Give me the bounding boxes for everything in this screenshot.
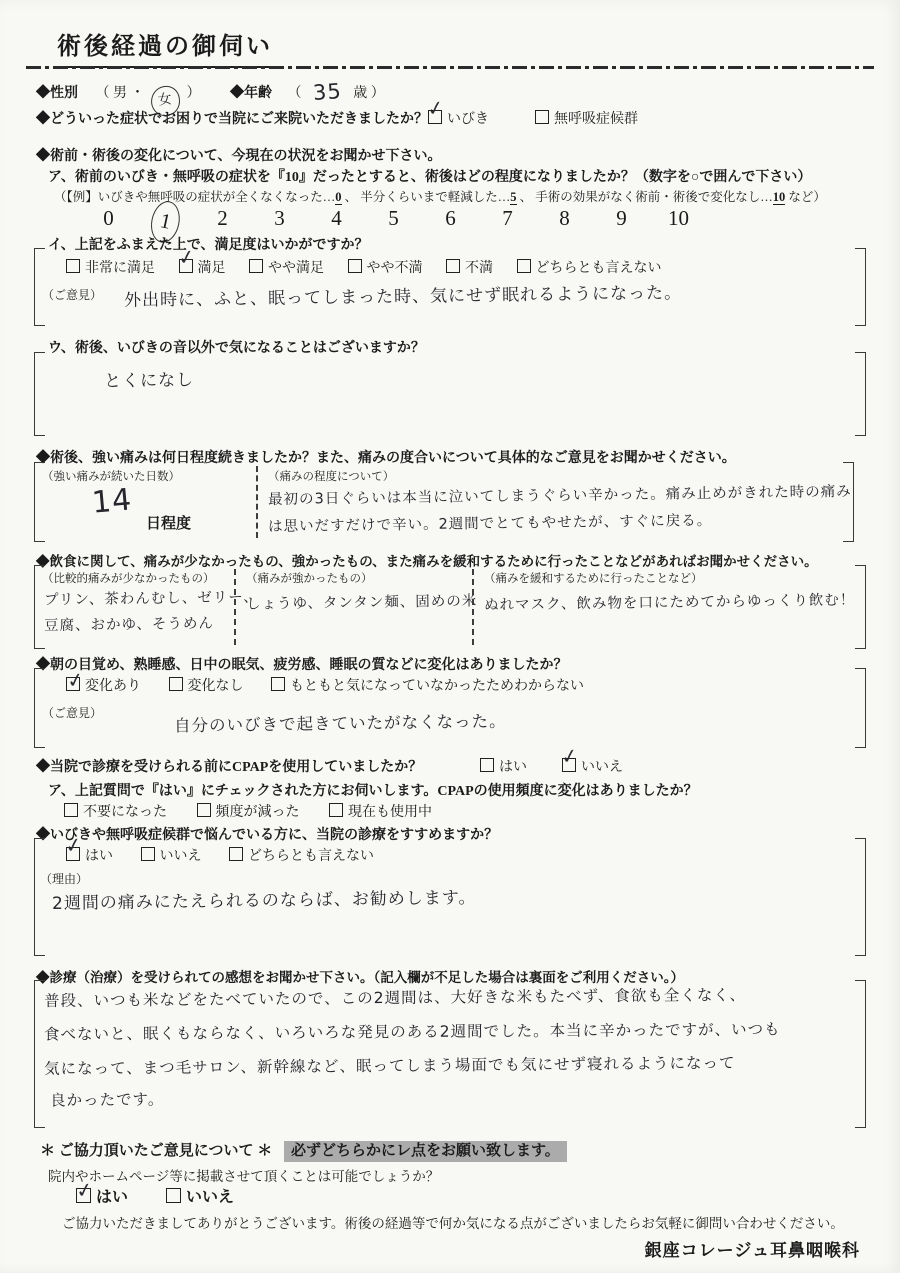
pain-days-handwritten: 14 [91,482,134,520]
symptom-option-mukokyu: 無呼吸症候群 [535,108,638,128]
cpap-sub-opt-1-label: 頻度が減った [216,805,300,820]
footer-star-row: ＊ ご協力頂いたご意見について ＊ 必ずどちらかにレ点をお願い致します。 [40,1139,567,1160]
pain-days-label: （強い痛みが続いた日数） [42,468,180,484]
scanned-questionnaire-page: 術後経過の御伺い ◆性別 （ 男 ・ 女 ） ◆年齢 （ 35 歳 ） ◆どうい… [0,0,900,1273]
cpap-sub-opt-2: 現在も使用中 [329,801,432,821]
sat-opt-5-label: どちらとも言えない [536,261,662,276]
sat-opt-2-label: やや満足 [268,261,324,276]
rec-opt-1: いいえ [141,845,202,865]
publish-opt-iie-label: いいえ [186,1189,234,1206]
pain-divider [256,466,258,538]
checkbox-hindo [197,803,211,817]
food-answer-area: （比較的痛みが少なかったもの） プリン、茶わんむし、ゼリー、 豆腐、おかゆ、そう… [34,565,866,649]
sleep-opt-0-label: 変化あり [85,679,141,694]
symptom-option-ibiki: ✓いびき [428,108,489,128]
scale-10: 10 [650,206,707,231]
checkmark-icon: ✓ [74,1179,94,1202]
sleep-opinion-label: （ご意見） [42,704,102,721]
checkbox-fuman [446,259,460,273]
food-col1-line2-handwritten: 豆腐、おかゆ、そうめん [44,612,214,635]
scale-6: 6 [422,206,479,231]
cpap-opt-hai: はい [480,756,527,776]
cpap-sub-question: ア、上記質問で『はい』にチェックされた方にお伺いします。CPAPの使用頻度に変化… [48,780,698,800]
other-concern-handwritten: とくになし [104,365,194,391]
sat-opt-0: 非常に満足 [66,257,155,277]
age-value-handwritten: 35 [312,79,342,105]
impression-line4-handwritten: 良かったです。 [50,1087,164,1110]
scale-8: 8 [536,206,593,231]
checkbox-rec-hai: ✓ [66,847,80,861]
checkmark-icon: ✓ [65,669,85,692]
rec-opt-1-label: いいえ [160,849,202,864]
pain-answer-area: （強い痛みが続いた日数） 14 日程度 （痛みの程度について） 最初の3日ぐらい… [34,462,854,542]
footer-thanks: ご協力いただきましてありがとうございます。術後の経過等で何か気になる点がございま… [62,1212,844,1232]
cpap-question: ◆当院で診療を受けられる前にCPAPを使用していましたか？ [36,756,422,776]
age-paren-open: （ [288,86,302,101]
publish-options: ✓はい いいえ [76,1184,234,1207]
pain-degree-label: （痛みの程度について） [268,468,394,484]
cpap-sub-opt-0: 不要になった [64,801,167,821]
scale-9: 9 [593,206,650,231]
sat-opt-2: やや満足 [249,257,324,277]
change-sub-a: ア、術前のいびき・無呼吸の症状を『10』だったとすると、術後はどの程度になりまし… [48,166,811,186]
checkbox-ibiki: ✓ [428,110,442,124]
reason-label: （理由） [40,870,88,887]
sleep-opt-0: ✓変化あり [66,675,141,695]
symptom-row: ◆どういった症状でお困りで当院にご来院いただきましたか？ [36,108,428,128]
publish-opt-iie: いいえ [166,1184,234,1207]
sleep-options: ✓変化あり 変化なし もともと気になっていなかったためわからない [66,675,584,695]
food-col1-line1-handwritten: プリン、茶わんむし、ゼリー、 [44,586,259,610]
rec-opt-0: ✓はい [66,845,113,865]
checkmark-icon: ✓ [176,246,196,269]
clinic-name: 銀座コレージュ耳鼻咽喉科 [645,1236,860,1261]
checkbox-cpap-hai [480,758,494,772]
recommend-answer-area: ✓はい いいえ どちらとも言えない （理由） 2週間の痛みにたえられるのならば、… [34,838,866,956]
example-part: など） [785,190,826,204]
impression-answer-area: 普段、いつも米などをたべていたので、この2週間は、大好きな米もたべず、食欲も全く… [34,980,866,1128]
sleep-opt-2: もともと気になっていなかったためわからない [271,675,584,695]
opinion-label: （ご意見） [42,286,102,303]
checkmark-icon: ✓ [63,834,83,857]
rec-opt-0-label: はい [85,849,113,864]
cpap-opt-iie: ✓いいえ [562,756,623,776]
gender-label: ◆性別 [36,86,78,101]
checkbox-fuyo [64,803,78,817]
impression-line1-handwritten: 普段、いつも米などをたべていたので、この2週間は、大好きな米もたべず、食欲も全く… [44,983,746,1011]
rec-opt-2: どちらとも言えない [229,845,374,865]
sat-opt-4: 不満 [446,257,493,277]
satisfaction-options: 非常に満足 ✓満足 やや満足 やや不満 不満 どちらとも言えない [66,257,662,277]
scale-7: 7 [479,206,536,231]
checkbox-yaya-fuman [348,259,362,273]
food-divider-2 [472,569,474,645]
food-divider-1 [234,569,236,645]
sat-opt-3: やや不満 [348,257,423,277]
cpap-opt-iie-label: いいえ [581,760,623,775]
impression-line3-handwritten: 気になって、まつ毛サロン、新幹線など、眠ってしまう場面でも気にせず寝れるようにな… [44,1051,736,1079]
reason-handwritten: 2週間の痛みにたえられるのならば、お勧めします。 [52,883,477,914]
food-col2-label: （痛みが強かったもの） [246,570,373,586]
checkbox-publish-hai: ✓ [76,1188,91,1203]
publish-opt-hai-label: はい [96,1189,128,1206]
checkbox-manzoku: ✓ [179,259,193,273]
checkmark-icon: ✓ [559,745,579,768]
checkmark-icon: ✓ [425,97,445,120]
change-heading: ◆術前・術後の変化について、今現在の状況をお聞かせ下さい。 [36,145,441,165]
checkbox-henka-nashi [169,677,183,691]
sleep-opt-1: 変化なし [169,675,244,695]
food-col1-label: （比較的痛みが少なかったもの） [42,570,215,586]
scale-5: 5 [365,206,422,231]
recommend-options: ✓はい いいえ どちらとも言えない [66,845,374,865]
satisfaction-opinion-handwritten: 外出時に、ふと、眠ってしまった時、気にせず眠れるようになった。 [124,278,682,311]
pain-degree-line2-handwritten: は思いだすだけで辛い。2週間でとてもやせたが、すぐに戻る。 [268,509,712,536]
rec-opt-2-label: どちらとも言えない [248,849,374,864]
scale-3: 3 [251,206,308,231]
form-title: 術後経過の御伺い [55,26,283,68]
cpap-sub-opt-1: 頻度が減った [197,801,300,821]
footer-star-prefix: ＊ ご協力頂いたご意見について ＊ [40,1143,272,1159]
age-label: ◆年齢 [230,86,272,101]
checkbox-mukokyu [535,110,549,124]
other-concern-answer-area: とくになし [34,352,866,436]
sleep-answer-area: ✓変化あり 変化なし もともと気になっていなかったためわからない （ご意見） 自… [34,668,866,748]
impression-line2-handwritten: 食べないと、眠くもならなく、いろいろな発見のある2週間でした。本当に辛かったです… [44,1017,781,1044]
checkbox-henka-ari: ✓ [66,677,80,691]
satisfaction-answer-area: 非常に満足 ✓満足 やや満足 やや不満 不満 どちらとも言えない （ご意見） 外… [34,248,866,326]
food-col3-handwritten: ぬれマスク、飲み物を口にためてからゆっくり飲む！ [484,588,856,614]
symptom-option-ibiki-label: いびき [447,112,489,127]
sleep-opinion-handwritten: 自分のいびきで起きていたがなくなった。 [174,708,507,737]
checkbox-dochira [517,259,531,273]
footer-highlight-note: 必ずどちらかにレ点をお願い致します。 [284,1141,567,1162]
pain-degree-line1-handwritten: 最初の3日ぐらいは本当に泣いてしまうぐらい辛かった。痛み止めがきれた時の痛み [268,480,852,509]
publish-opt-hai: ✓はい [76,1184,128,1207]
symptom-option-mukokyu-label: 無呼吸症候群 [554,112,638,127]
food-col2-handwritten: しょうゆ、タンタン麺、固めの米 [246,589,478,613]
cpap-sub-opt-0-label: 不要になった [83,805,167,820]
scale-2: 2 [194,206,251,231]
checkbox-hijoni-manzoku [66,259,80,273]
checkbox-genzai [329,803,343,817]
age-paren-close: 歳 ） [353,86,385,101]
dash-divider [26,66,874,69]
sat-opt-3-label: やや不満 [367,261,423,276]
gender-options-open: （ 男 ・ [96,86,145,101]
publish-question: 院内やホームページ等に掲載させて頂くことは可能でしょうか？ [48,1165,439,1185]
cpap-sub-options: 不要になった 頻度が減った 現在も使用中 [64,801,432,821]
sat-opt-4-label: 不満 [465,261,493,276]
checkbox-cpap-iie: ✓ [562,758,576,772]
checkbox-publish-iie [166,1188,181,1203]
checkbox-motomoto [271,677,285,691]
cpap-opt-hai-label: はい [499,760,527,775]
scale-4: 4 [308,206,365,231]
sleep-opt-1-label: 変化なし [188,679,244,694]
sleep-opt-2-label: もともと気になっていなかったためわからない [290,679,584,694]
gender-options-close: ） [187,86,201,101]
scale-0: 0 [80,206,137,231]
checkbox-yaya-manzoku [249,259,263,273]
food-col3-label: （痛みを緩和するために行ったことなど） [484,570,703,586]
cpap-sub-opt-2-label: 現在も使用中 [348,805,432,820]
symptom-question: ◆どういった症状でお困りで当院にご来院いただきましたか？ [36,112,428,127]
sat-opt-1-label: 満足 [198,261,226,276]
sat-opt-1: ✓満足 [179,257,226,277]
example-ten: 10 [773,190,786,205]
checkbox-rec-iie [141,847,155,861]
sat-opt-0-label: 非常に満足 [85,261,155,276]
sat-opt-5: どちらとも言えない [517,257,662,277]
checkbox-rec-dochira [229,847,243,861]
pain-days-unit: 日程度 [146,512,191,533]
